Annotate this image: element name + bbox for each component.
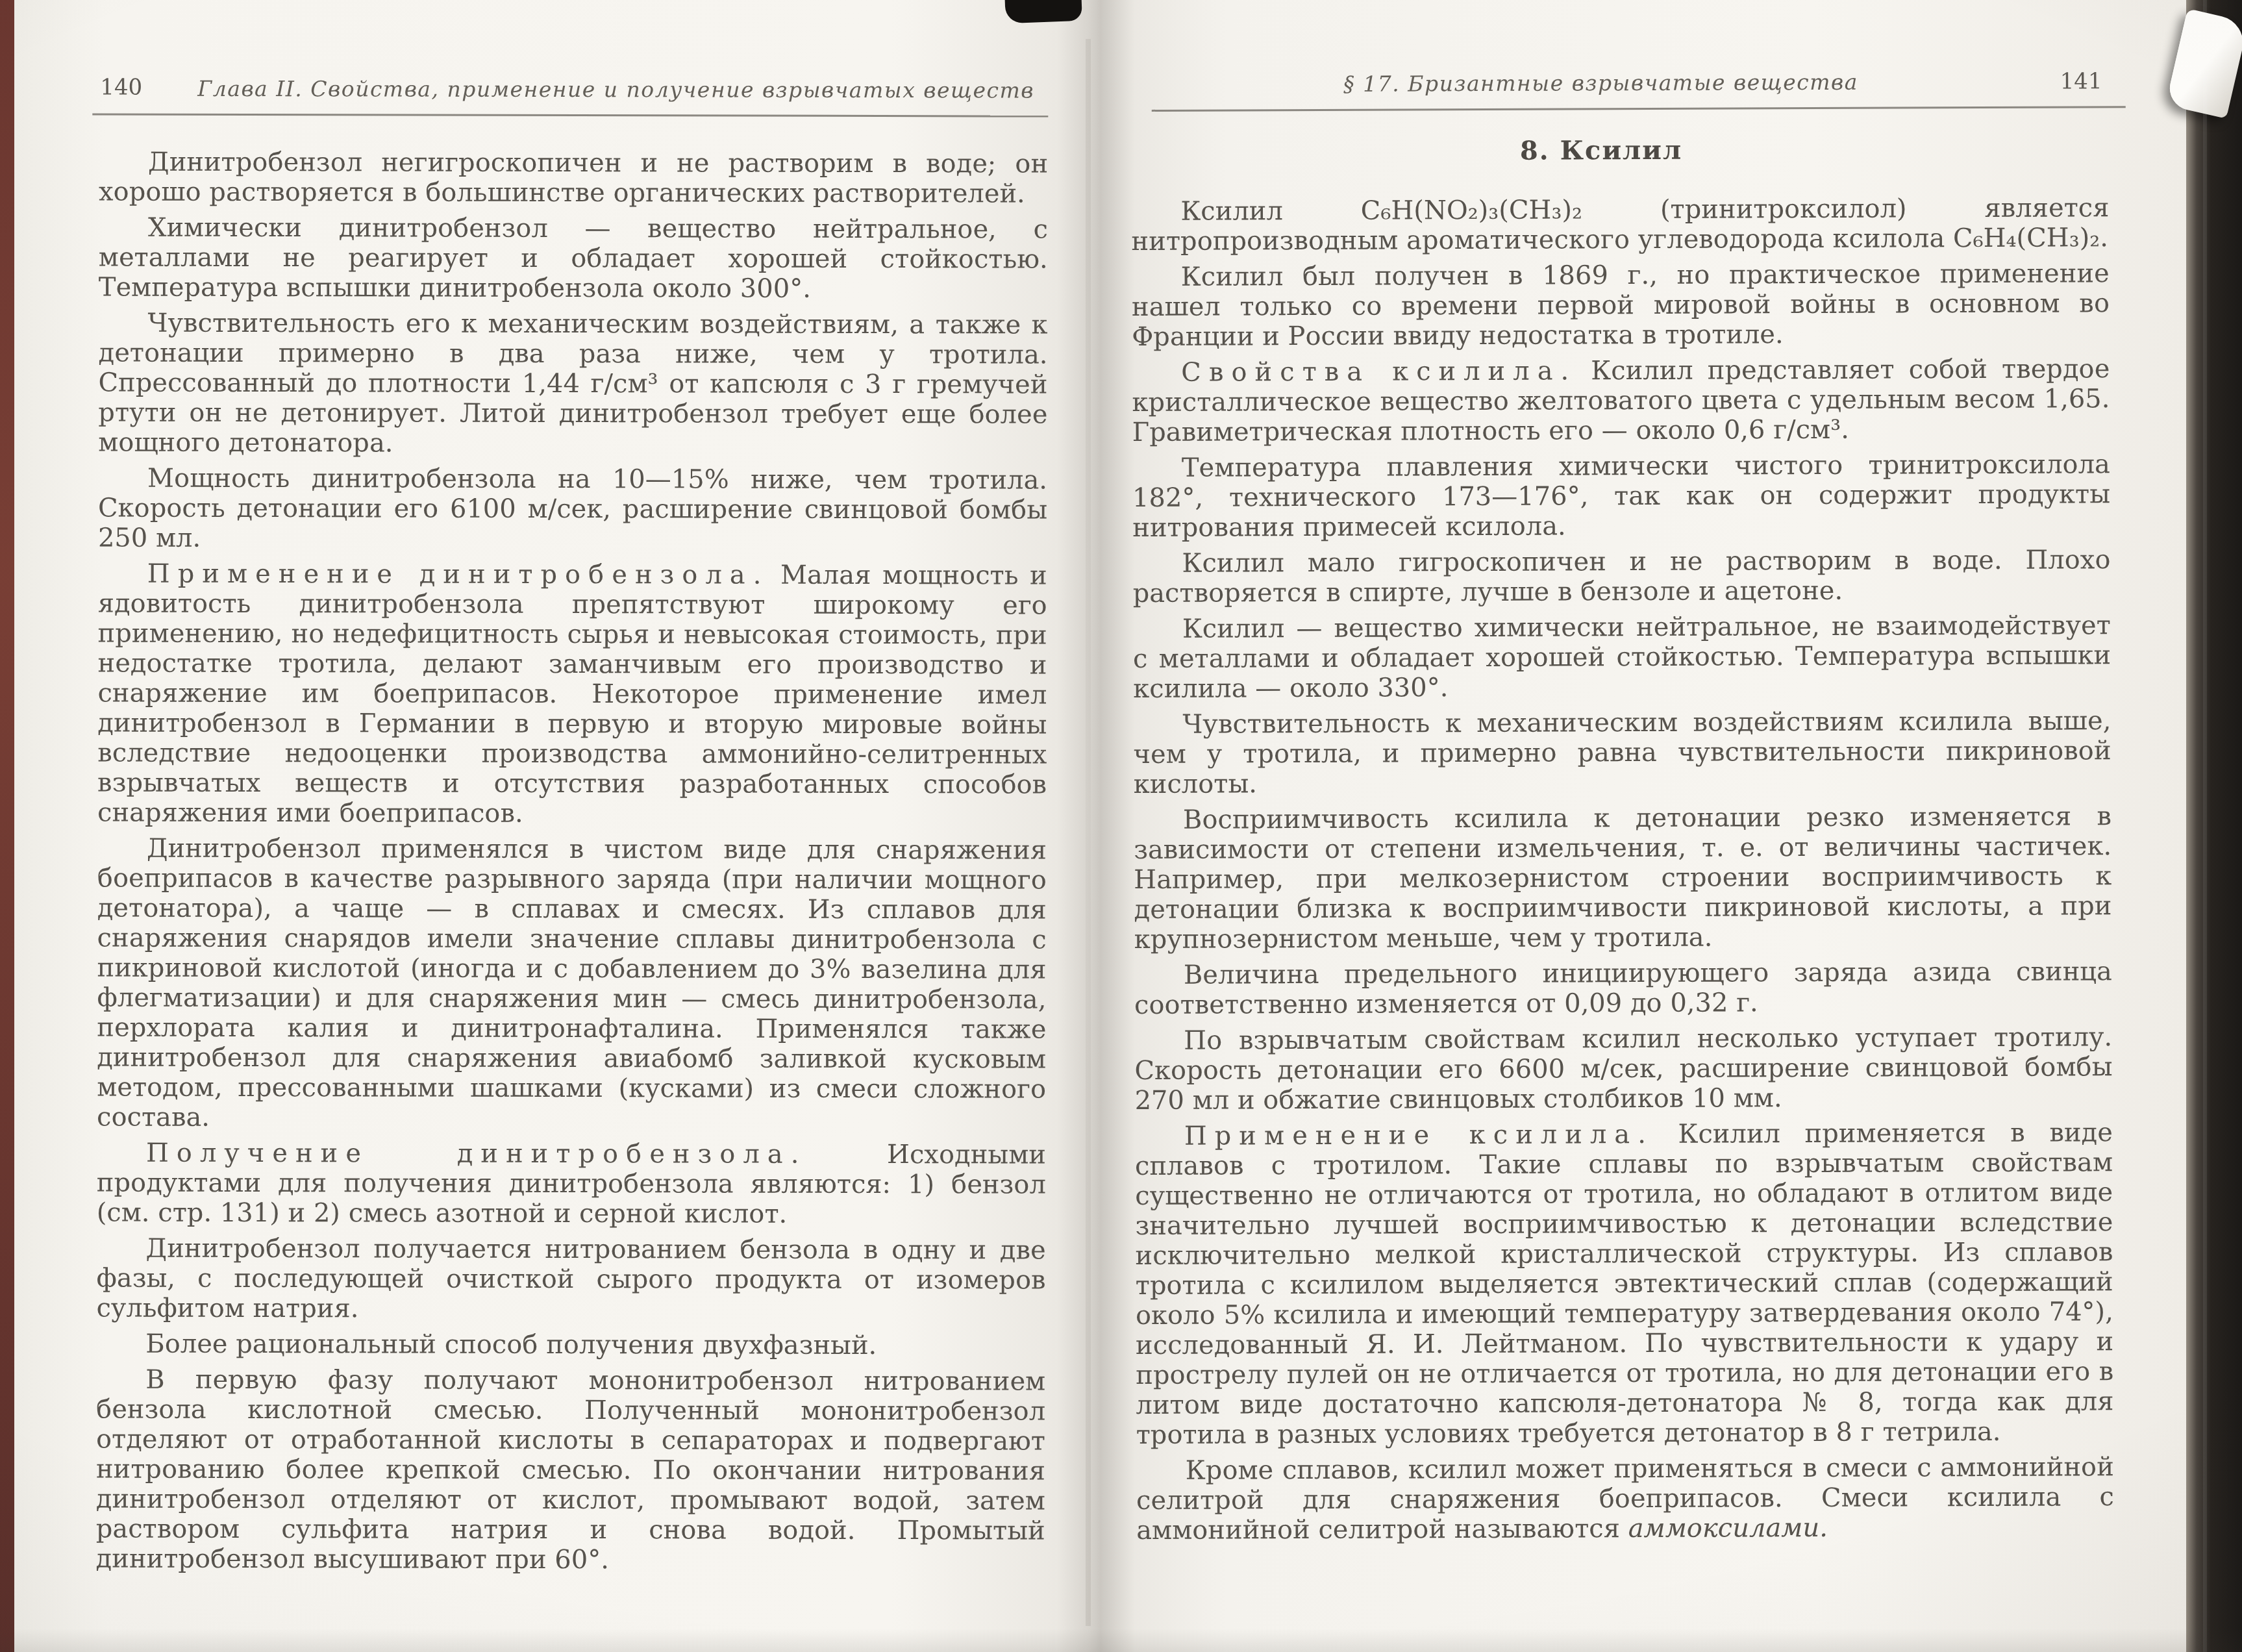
right-header-rule bbox=[1152, 106, 2126, 112]
paragraph-text: Малая мощность и ядовитость динитробензо… bbox=[97, 560, 1047, 829]
left-page-number: 140 bbox=[100, 75, 142, 101]
spine-top-notch bbox=[1004, 0, 1082, 23]
paragraph-text: Ксилил мало гигроскопичен и не растворим… bbox=[1133, 545, 2111, 608]
right-page-number: 141 bbox=[2060, 68, 2102, 94]
paragraph: Восприимчивость ксилила к детонации резк… bbox=[1134, 801, 2112, 955]
left-page: 140 Глава II. Свойства, применение и пол… bbox=[14, 0, 1097, 1652]
paragraph-text: В первую фазу получают мононитробензол н… bbox=[96, 1365, 1046, 1575]
paragraph: Динитробензол негигроскопичен и не раств… bbox=[99, 147, 1048, 209]
left-page-content: 140 Глава II. Свойства, применение и пол… bbox=[12, 0, 1099, 1652]
left-binding-strip bbox=[0, 0, 14, 1652]
paragraph: Более рациональный способ получения двух… bbox=[96, 1329, 1045, 1361]
paragraph: Мощность динитробензола на 10—15% ниже, … bbox=[98, 464, 1047, 555]
paragraph-text: Ксилил применяется в виде сплавов с трот… bbox=[1135, 1118, 2114, 1450]
section-heading: 8. Ксилил bbox=[1173, 134, 2030, 168]
paragraph-text: Более рациональный способ получения двух… bbox=[145, 1329, 877, 1360]
paragraph-lead: Применение ксилила. bbox=[1184, 1120, 1654, 1151]
paragraph: Ксилил — вещество химически нейтральное,… bbox=[1133, 610, 2111, 704]
paragraph-italic-term: аммоксилами. bbox=[1628, 1513, 1827, 1544]
paragraph: Ксилил C₆H(NO₂)₃(CH₃)₂ (тринитроксилол) … bbox=[1131, 193, 2109, 257]
paragraph: В первую фазу получают мононитробензол н… bbox=[96, 1365, 1046, 1576]
paragraph: Применение ксилила. Ксилил применяется в… bbox=[1135, 1118, 2114, 1450]
paragraph: Ксилил был получен в 1869 г., но практич… bbox=[1132, 258, 2110, 352]
paragraph-text: Ксилил C₆H(NO₂)₃(CH₃)₂ (тринитроксилол) … bbox=[1131, 193, 2109, 257]
paragraph-text: Чувствительность его к механическим возд… bbox=[98, 308, 1047, 458]
book-page-edge bbox=[2186, 0, 2242, 1652]
paragraph-text: Чувствительность к механическим воздейст… bbox=[1133, 706, 2111, 799]
paragraph: Динитробензол получается нитрованием бен… bbox=[96, 1234, 1045, 1325]
paragraph: По взрывчатым свойствам ксилил несколько… bbox=[1134, 1022, 2113, 1116]
paragraph-text: По взрывчатым свойствам ксилил несколько… bbox=[1134, 1022, 2112, 1116]
paragraph: Применение динитробензола. Малая мощност… bbox=[97, 559, 1047, 830]
paragraph-text: Температура плавления химически чистого … bbox=[1132, 449, 2110, 543]
paragraph: Ксилил мало гигроскопичен и не растворим… bbox=[1132, 545, 2110, 608]
paragraph-text: Мощность динитробензола на 10—15% ниже, … bbox=[98, 464, 1047, 553]
paragraph: Химически динитробензол — вещество нейтр… bbox=[99, 213, 1048, 305]
paragraph-lead: Получение динитробензола. bbox=[146, 1138, 807, 1170]
paragraph: Температура плавления химически чистого … bbox=[1132, 449, 2111, 543]
book-scan: 140 Глава II. Свойства, применение и пол… bbox=[0, 0, 2242, 1652]
paragraph: Величина предельного инициирующего заряд… bbox=[1134, 957, 2112, 1020]
paragraph-text: Восприимчивость ксилила к детонации резк… bbox=[1134, 801, 2112, 955]
paragraph-text: Динитробензол применялся в чистом виде д… bbox=[97, 834, 1047, 1133]
paragraph: Получение динитробензола. Исходными прод… bbox=[97, 1138, 1046, 1230]
left-running-title: Глава II. Свойства, применение и получен… bbox=[197, 76, 1003, 103]
paragraph-text: Химически динитробензол — вещество нейтр… bbox=[99, 213, 1048, 304]
paragraph: Динитробензол применялся в чистом виде д… bbox=[97, 834, 1047, 1134]
right-page: § 17. Бризантные взрывчатые вещества 141… bbox=[1097, 0, 2188, 1652]
paragraph-lead: Свойства ксилила. bbox=[1181, 356, 1576, 387]
paragraph-lead: Применение динитробензола. bbox=[147, 559, 769, 590]
paragraph-text: Ксилил — вещество химически нейтральное,… bbox=[1133, 610, 2111, 704]
paragraph-text: Динитробензол получается нитрованием бен… bbox=[96, 1234, 1045, 1324]
paragraph: Свойства ксилила. Ксилил представляет со… bbox=[1132, 354, 2110, 447]
right-page-content: § 17. Бризантные взрывчатые вещества 141… bbox=[1094, 0, 2191, 1652]
left-header-rule bbox=[92, 114, 1048, 118]
paragraph: Чувствительность его к механическим возд… bbox=[98, 308, 1047, 460]
left-page-text: Динитробензол негигроскопичен и не раств… bbox=[96, 147, 1049, 1582]
paragraph-text: Кроме сплавов, ксилил может применяться … bbox=[1136, 1452, 2114, 1546]
right-running-title: § 17. Бризантные взрывчатые вещества bbox=[1173, 69, 2030, 97]
paragraph-text: Величина предельного инициирующего заряд… bbox=[1134, 957, 2112, 1020]
paragraph: Кроме сплавов, ксилил может применяться … bbox=[1136, 1452, 2115, 1546]
paragraph-text: Динитробензол негигроскопичен и не раств… bbox=[99, 147, 1048, 209]
paragraph: Чувствительность к механическим воздейст… bbox=[1133, 706, 2111, 799]
paragraph-text: Ксилил был получен в 1869 г., но практич… bbox=[1132, 258, 2110, 352]
right-page-text: Ксилил C₆H(NO₂)₃(CH₃)₂ (тринитроксилол) … bbox=[1131, 193, 2114, 1551]
